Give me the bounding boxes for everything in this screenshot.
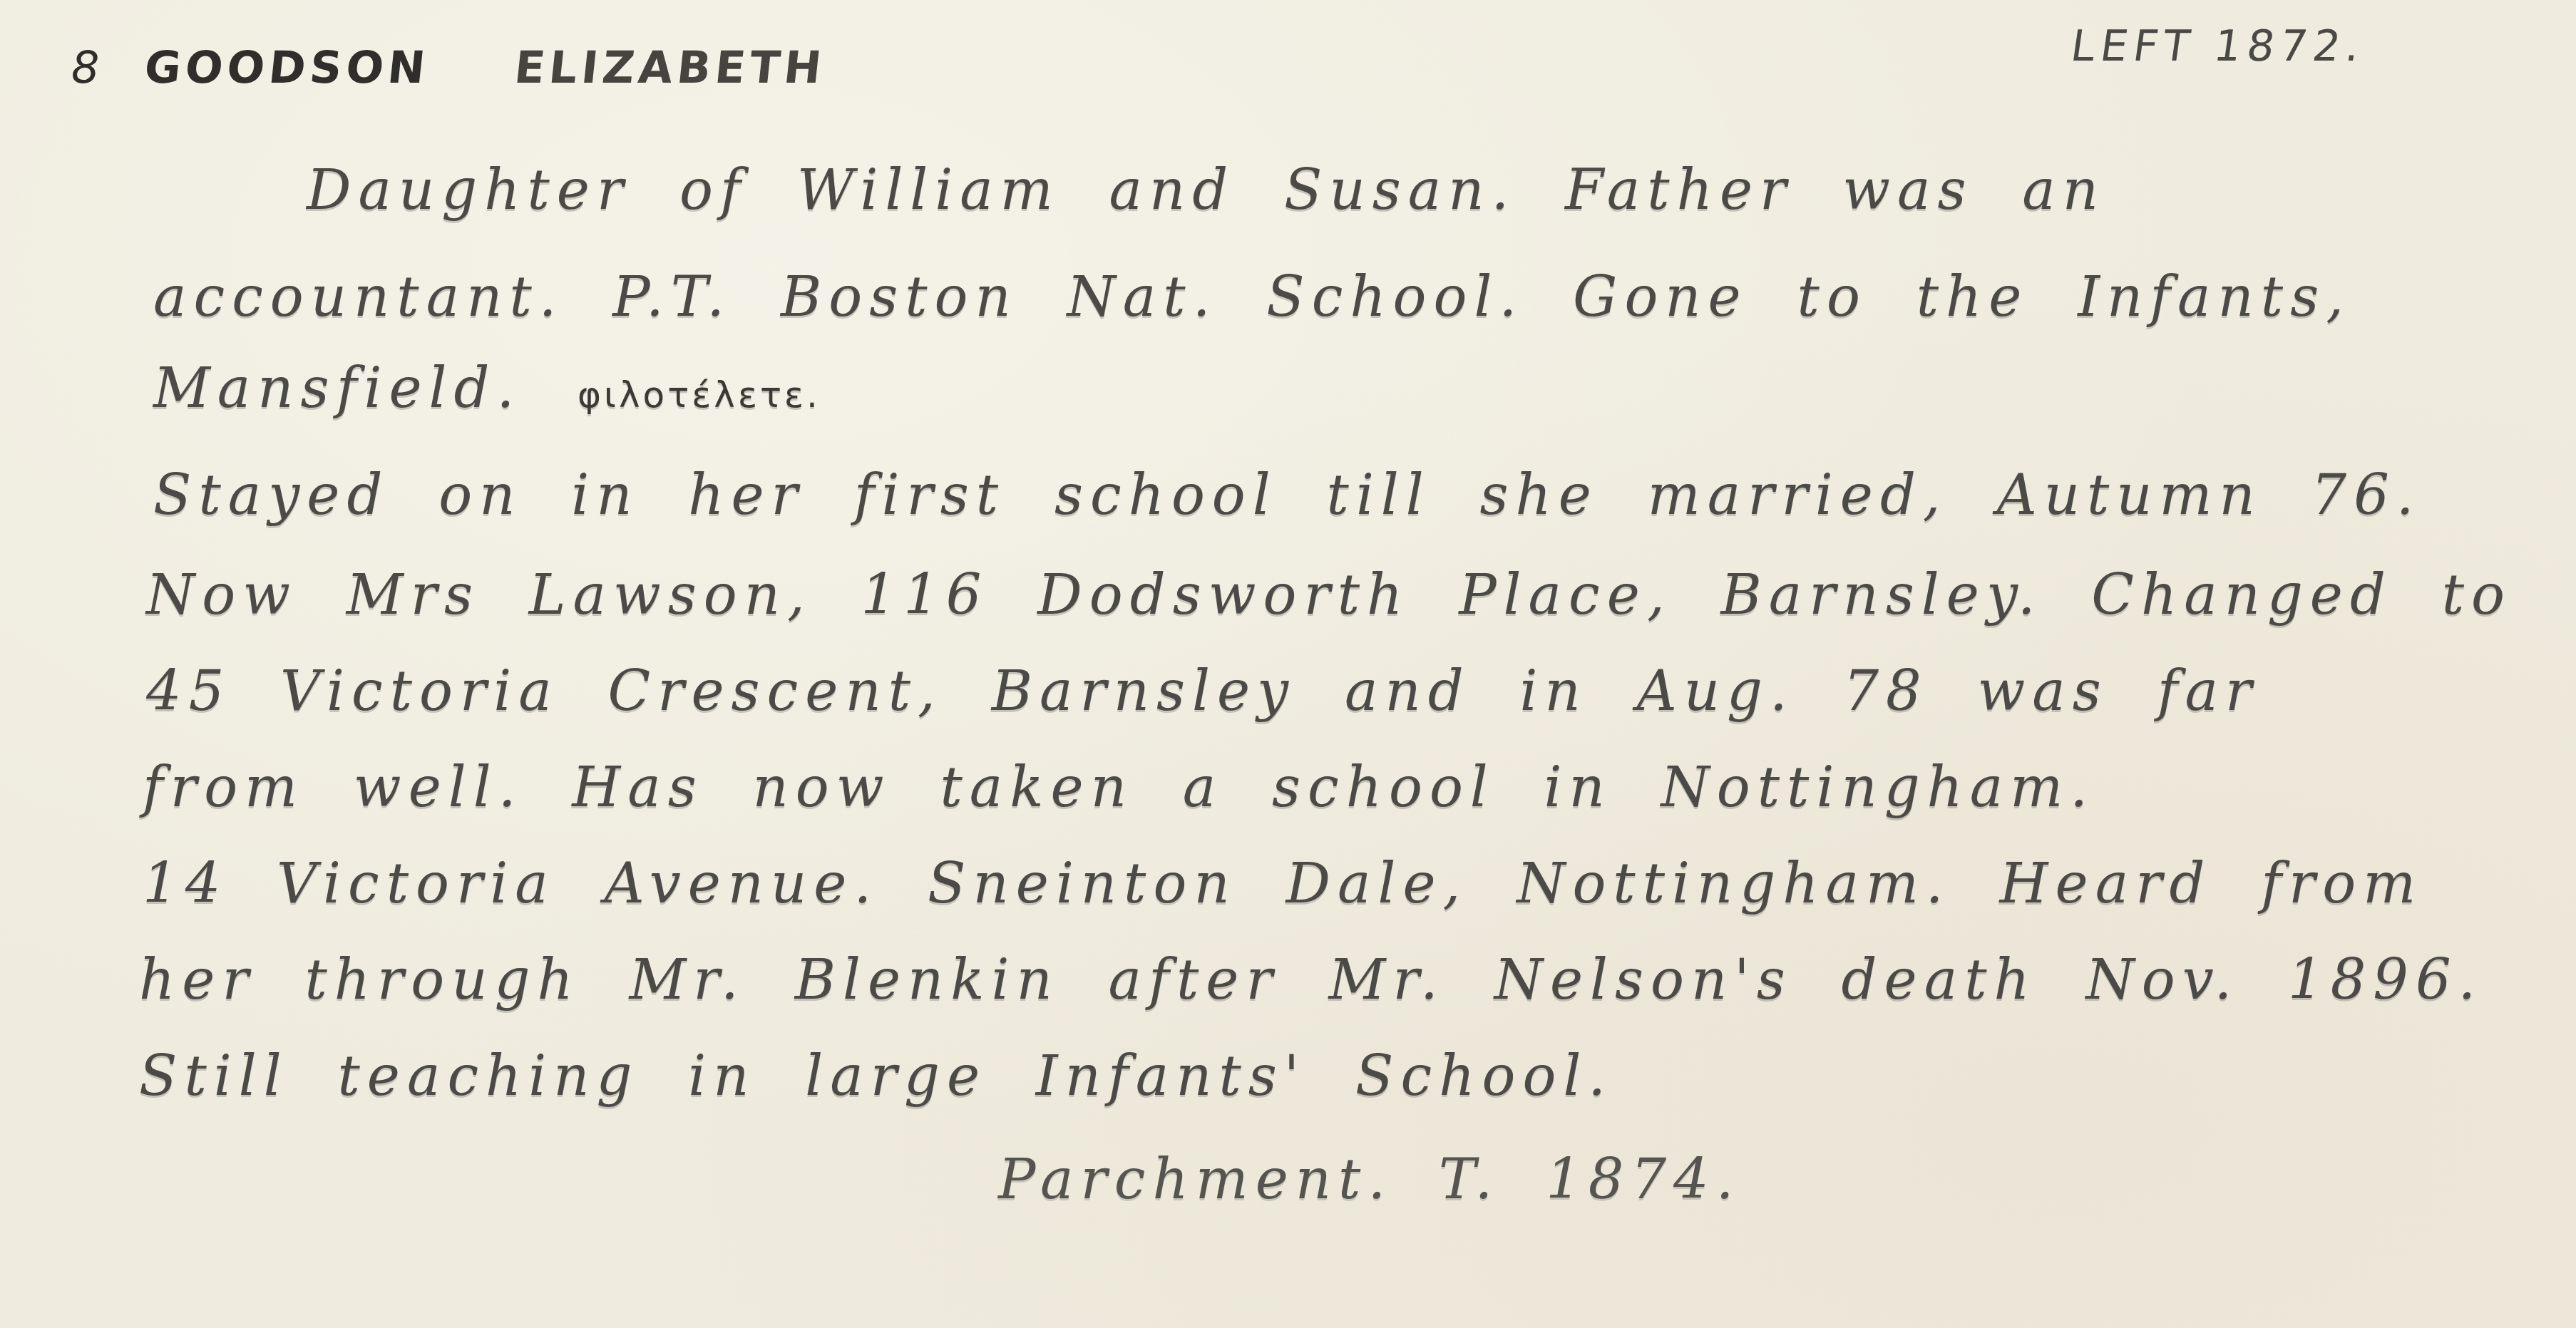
body-line: Now Mrs Lawson, 116 Dodsworth Place, Bar… — [146, 563, 2512, 627]
body-line: Still teaching in large Infants' School. — [139, 1044, 1613, 1108]
body-line: Daughter of William and Susan. Father wa… — [307, 158, 2105, 222]
body-line: from well. Has now taken a school in Not… — [143, 756, 2095, 820]
body-line-with-annotation: Mansfield. φιλοτέλετε. — [153, 356, 821, 421]
greek-annotation: φιλοτέλετε. — [578, 374, 821, 416]
certificate-note: Parchment. T. 1874. — [998, 1148, 1740, 1212]
register-page: 8 GOODSON ELIZABETH LEFT 1872. Daughter … — [0, 0, 2576, 1328]
body-line: Stayed on in her first school till she m… — [153, 463, 2421, 527]
body-line-text: Mansfield. — [153, 356, 521, 421]
body-line: her through Mr. Blenkin after Mr. Nelson… — [139, 948, 2483, 1012]
body-line: accountant. P.T. Boston Nat. School. Gon… — [153, 265, 2351, 329]
entry-body: Daughter of William and Susan. Father wa… — [0, 0, 2576, 1328]
body-line: 45 Victoria Crescent, Barnsley and in Au… — [146, 659, 2259, 724]
body-line: 14 Victoria Avenue. Sneinton Dale, Notti… — [143, 852, 2423, 916]
